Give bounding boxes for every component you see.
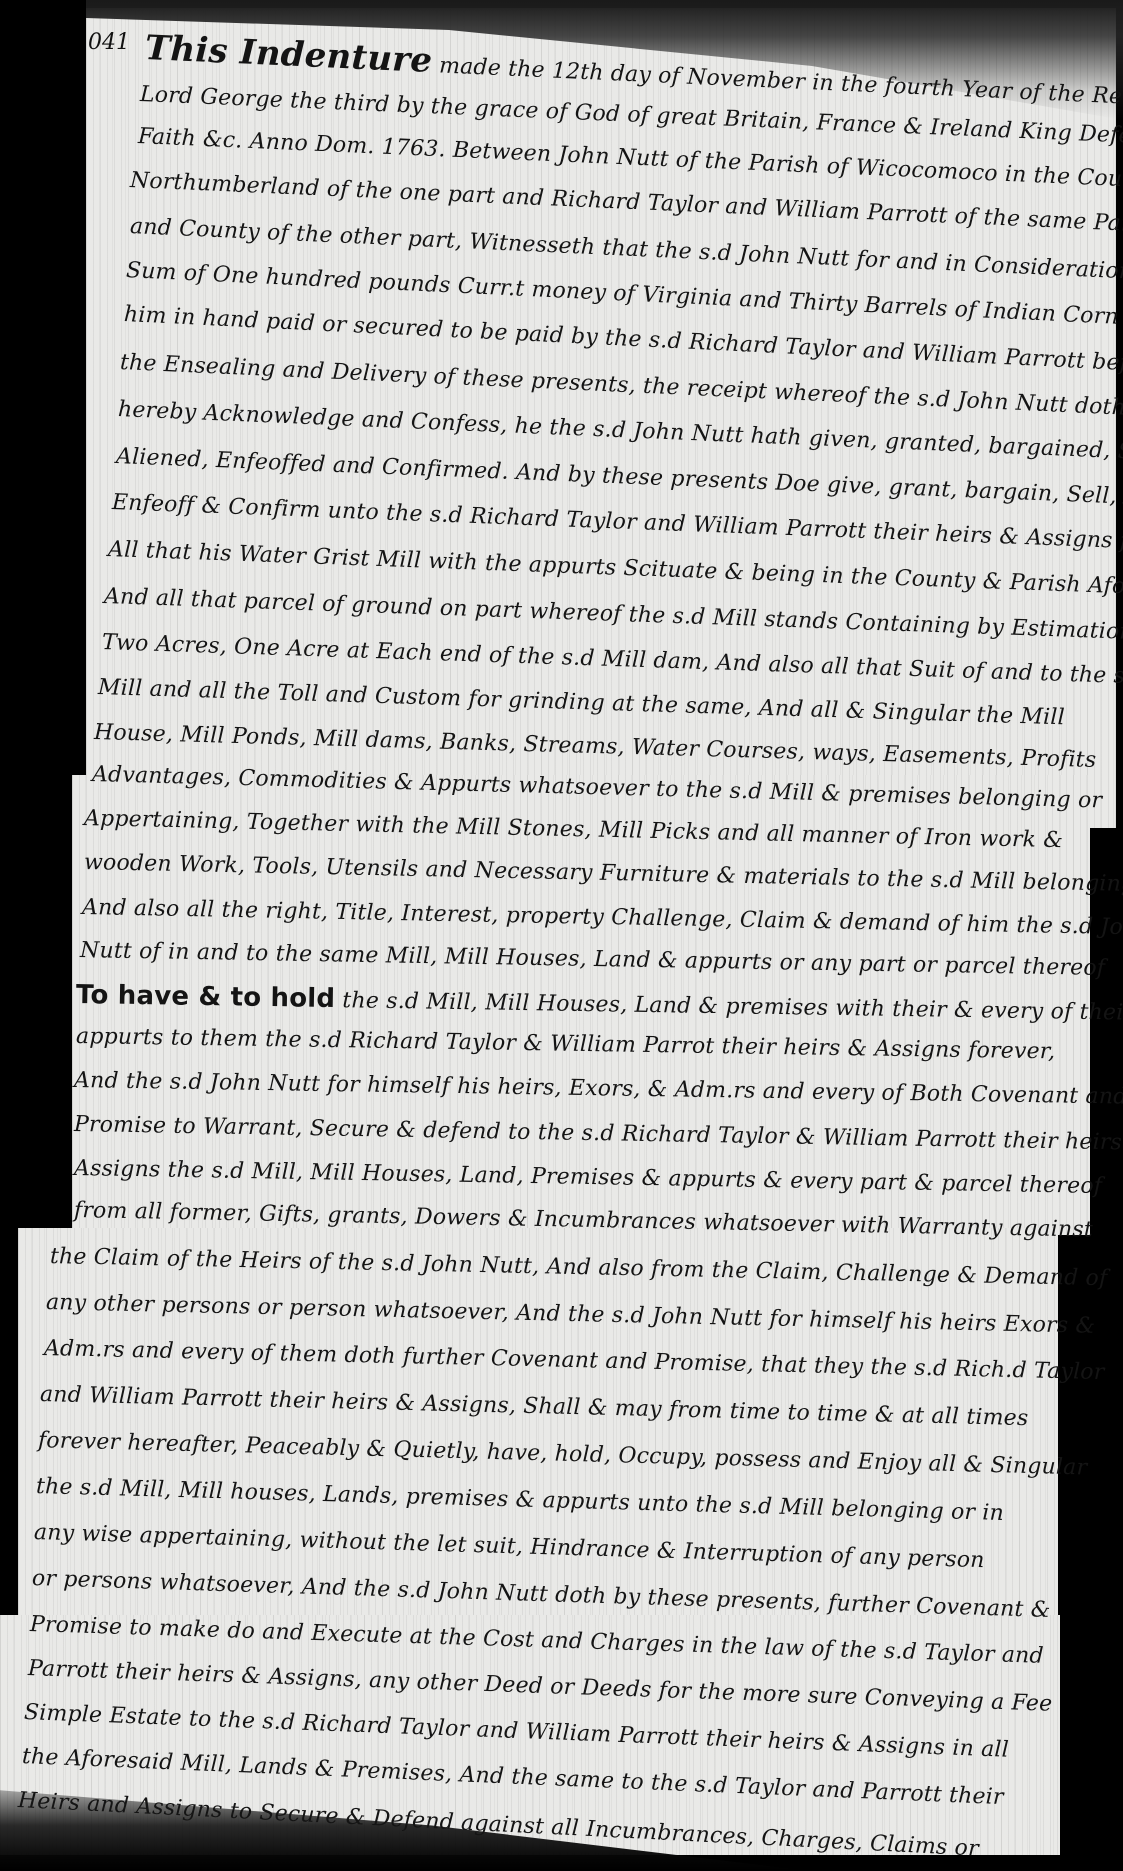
document-title: This Indenture <box>144 28 433 81</box>
text-line: To have & to hold the s.d Mill, Mill Hou… <box>76 980 1123 1027</box>
text-line: Promise to Warrant, Secure & defend to t… <box>74 1112 1123 1156</box>
text-line: any wise appertaining, without the let s… <box>34 1520 985 1573</box>
text-line: and William Parrott their heirs & Assign… <box>40 1382 1029 1431</box>
text-line: Appertaining, Together with the Mill Sto… <box>84 806 1064 853</box>
text-line: Assigns the s.d Mill, Mill Houses, Land,… <box>74 1156 1103 1199</box>
text-line: the Claim of the Heirs of the s.d John N… <box>50 1244 1108 1291</box>
to-have-and-to-hold-heading: To have & to hold <box>76 980 336 1014</box>
deed-text: This Indenture made the 12th day of Nove… <box>0 0 1123 1871</box>
text-line: Advantages, Commodities & Appurts whatso… <box>92 762 1103 813</box>
text-line: Mill and all the Toll and Custom for gri… <box>98 675 1066 730</box>
text-line: And also all the right, Title, Interest,… <box>82 895 1123 941</box>
text-line: Adm.rs and every of them doth further Co… <box>44 1336 1105 1385</box>
text-line: from all former, Gifts, grants, Dowers &… <box>74 1198 1093 1243</box>
text-line: Nutt of in and to the same Mill, Mill Ho… <box>80 938 1106 981</box>
text-line: any other persons or person whatsoever, … <box>46 1290 1096 1339</box>
text-line: wooden Work, Tools, Utensils and Necessa… <box>84 850 1123 897</box>
text-line: or persons whatsoever, And the s.d John … <box>32 1566 1051 1623</box>
text-line: the s.d Mill, Mill houses, Lands, premis… <box>36 1474 1005 1526</box>
text-line: appurts to them the s.d Richard Taylor &… <box>76 1024 1056 1064</box>
text-line: And the s.d John Nutt for himself his he… <box>74 1068 1123 1110</box>
text-line: forever hereafter, Peaceably & Quietly, … <box>38 1428 1088 1480</box>
text-line: Promise to make do and Execute at the Co… <box>30 1612 1045 1669</box>
